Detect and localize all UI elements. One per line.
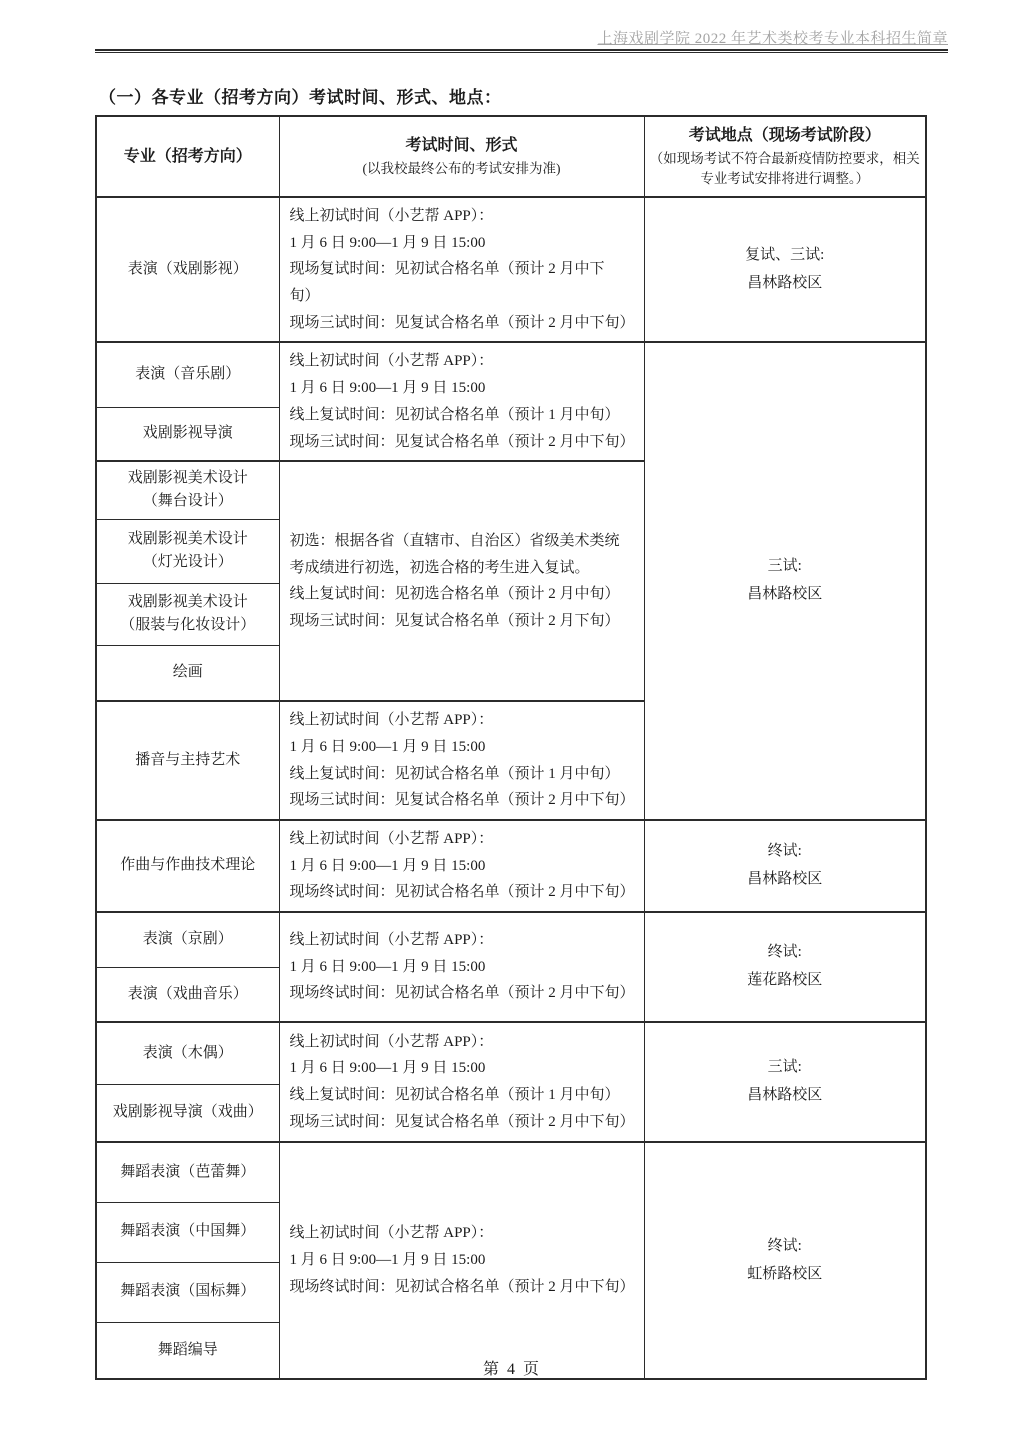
exam-time-cell: 线上初试时间（小艺帮 APP）： 1 月 6 日 9:00—1 月 9 日 15… xyxy=(279,1022,644,1142)
major-cell: 舞蹈表演（国标舞） xyxy=(96,1262,279,1322)
table-row: 作曲与作曲技术理论 线上初试时间（小艺帮 APP）： 1 月 6 日 9:00—… xyxy=(96,820,926,912)
page-number: 第 4 页 xyxy=(0,1356,1024,1379)
col-header-time-title: 考试时间、形式 xyxy=(284,134,640,158)
major-cell: 戏剧影视美术设计 （舞台设计） xyxy=(96,461,279,519)
exam-time-cell: 初选：根据各省（直辖市、自治区）省级美术类统考成绩进行初选，初选合格的考生进入复… xyxy=(279,461,644,701)
table-row: 舞蹈表演（芭蕾舞） 线上初试时间（小艺帮 APP）： 1 月 6 日 9:00—… xyxy=(96,1142,926,1202)
exam-time-cell: 线上初试时间（小艺帮 APP）： 1 月 6 日 9:00—1 月 9 日 15… xyxy=(279,912,644,1022)
col-header-location-title: 考试地点（现场考试阶段） xyxy=(649,124,922,148)
major-cell: 戏剧影视美术设计 （服装与化妆设计） xyxy=(96,583,279,645)
document-page: { "palette": { "text": "#1a1a1a", "borde… xyxy=(0,0,1024,1448)
table-row: 表演（戏剧影视） 线上初试时间（小艺帮 APP）： 1 月 6 日 9:00—1… xyxy=(96,197,926,342)
exam-location-cell: 三试: 昌林路校区 xyxy=(644,1022,926,1142)
exam-location-cell: 三试: 昌林路校区 xyxy=(644,342,926,820)
table-row: 表演（京剧） 线上初试时间（小艺帮 APP）： 1 月 6 日 9:00—1 月… xyxy=(96,912,926,967)
exam-time-cell: 线上初试时间（小艺帮 APP）： 1 月 6 日 9:00—1 月 9 日 15… xyxy=(279,701,644,820)
header-rule xyxy=(95,49,948,53)
exam-schedule-table: 专业（招考方向） 考试时间、形式 (以我校最终公布的考试安排为准) 考试地点（现… xyxy=(95,115,927,1380)
exam-time-cell: 线上初试时间（小艺帮 APP）： 1 月 6 日 9:00—1 月 9 日 15… xyxy=(279,197,644,342)
exam-time-cell: 线上初试时间（小艺帮 APP）： 1 月 6 日 9:00—1 月 9 日 15… xyxy=(279,820,644,912)
col-header-time: 考试时间、形式 (以我校最终公布的考试安排为准) xyxy=(279,116,644,197)
major-cell: 表演（音乐剧） xyxy=(96,342,279,407)
major-cell: 表演（木偶） xyxy=(96,1022,279,1084)
major-cell: 戏剧影视导演（戏曲） xyxy=(96,1084,279,1142)
exam-location-cell: 终试: 虹桥路校区 xyxy=(644,1142,926,1379)
col-header-location-note: （如现场考试不符合最新疫情防控要求，相关专业考试安排将进行调整。） xyxy=(649,149,922,188)
table-row: 表演（音乐剧） 线上初试时间（小艺帮 APP）： 1 月 6 日 9:00—1 … xyxy=(96,342,926,407)
col-header-location: 考试地点（现场考试阶段） （如现场考试不符合最新疫情防控要求，相关专业考试安排将… xyxy=(644,116,926,197)
major-cell: 表演（戏曲音乐） xyxy=(96,967,279,1022)
major-cell: 表演（戏剧影视） xyxy=(96,197,279,342)
major-cell: 播音与主持艺术 xyxy=(96,701,279,820)
section-title: （一）各专业（招考方向）考试时间、形式、地点： xyxy=(99,83,502,108)
major-cell: 戏剧影视美术设计 （灯光设计） xyxy=(96,519,279,583)
exam-location-cell: 终试: 昌林路校区 xyxy=(644,820,926,912)
col-header-major: 专业（招考方向） xyxy=(96,116,279,197)
exam-time-cell: 线上初试时间（小艺帮 APP）： 1 月 6 日 9:00—1 月 9 日 15… xyxy=(279,1142,644,1379)
running-header: 上海戏剧学院 2022 年艺术类校考专业本科招生简章 xyxy=(95,30,948,50)
exam-location-cell: 终试: 莲花路校区 xyxy=(644,912,926,1022)
major-cell: 作曲与作曲技术理论 xyxy=(96,820,279,912)
major-cell: 绘画 xyxy=(96,645,279,701)
major-cell: 舞蹈表演（中国舞） xyxy=(96,1202,279,1262)
major-cell: 舞蹈表演（芭蕾舞） xyxy=(96,1142,279,1202)
table-row: 表演（木偶） 线上初试时间（小艺帮 APP）： 1 月 6 日 9:00—1 月… xyxy=(96,1022,926,1084)
col-header-time-note: (以我校最终公布的考试安排为准) xyxy=(284,159,640,179)
major-cell: 表演（京剧） xyxy=(96,912,279,967)
col-header-major-title: 专业（招考方向） xyxy=(101,145,275,169)
exam-time-cell: 线上初试时间（小艺帮 APP）： 1 月 6 日 9:00—1 月 9 日 15… xyxy=(279,342,644,461)
exam-location-cell: 复试、三试: 昌林路校区 xyxy=(644,197,926,342)
table-header-row: 专业（招考方向） 考试时间、形式 (以我校最终公布的考试安排为准) 考试地点（现… xyxy=(96,116,926,197)
major-cell: 戏剧影视导演 xyxy=(96,407,279,461)
